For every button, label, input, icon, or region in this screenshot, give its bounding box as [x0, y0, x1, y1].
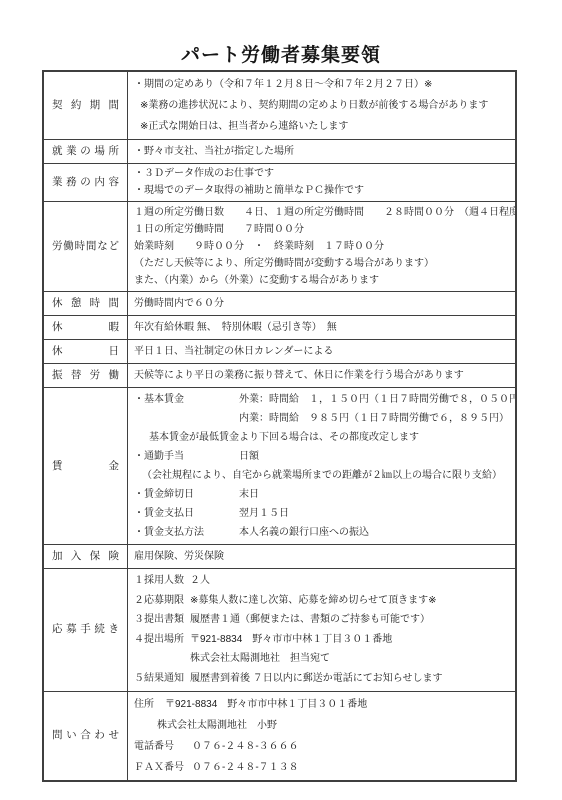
- row-label-contract-period: 契 約 期 間: [44, 72, 128, 139]
- contact-address: 〒921-8834 野々市市中林１丁目３０１番地: [165, 694, 367, 715]
- text-line: ４提出場所 〒921-8834 野々市市中林１丁目３０１番地: [134, 630, 511, 650]
- recruitment-table: 契 約 期 間 ・期間の定めあり（令和７年１２月８日～令和７年２月２７日）※ ※…: [42, 70, 517, 782]
- step-label: ４提出場所: [134, 630, 190, 650]
- step-label: [134, 649, 190, 669]
- row-label-working-hours: 労働時間など: [44, 202, 128, 291]
- text-line: ・賃金支払方法 本人名義の銀行口座への振込: [134, 523, 511, 542]
- text-line: ・３Ｄデータ作成のお仕事です: [134, 166, 511, 183]
- row-content: １週の所定労働日数 ４日、１週の所定労働時間 ２８時間００分 （週４日程度） １…: [128, 202, 515, 291]
- row-label-text: 契 約 期 間: [52, 99, 119, 112]
- text-line: ２応募期限 ※募集人数に達し次第、応募を締め切らせて頂きます※: [134, 591, 511, 611]
- text-line: 基本賃金が最低賃金より下回る場合は、その都度改定します: [134, 428, 511, 447]
- page-title: パート労働者募集要領: [0, 40, 562, 67]
- wage-item-label: ・基本賃金: [134, 390, 239, 409]
- row-label-text: 賃 金: [52, 460, 119, 473]
- text-line: 天候等により平日の業務に振り替えて、休日に作業を行う場合があります: [134, 366, 511, 385]
- text-line: また、（内業）から（外業）に変動する場合があります: [134, 272, 511, 289]
- text-line: ※業務の進捗状況により、契約期間の定めより日数が前後する場合があります: [134, 95, 511, 116]
- wage-item-label: [134, 409, 239, 428]
- text-line: １週の所定労働日数 ４日、１週の所定労働時間 ２８時間００分 （週４日程度）: [134, 204, 511, 221]
- row-content: 平日１日、当社制定の休日カレンダーによる: [128, 340, 515, 363]
- contact-field-label: ＦＡＸ番号: [134, 757, 192, 778]
- text-line: ＦＡＸ番号 ０７６-２４８-７１３８: [134, 757, 511, 778]
- row-label-text: 休 暇: [52, 321, 119, 334]
- row-content: ・野々市支社、当社が指定した場所: [128, 140, 515, 163]
- text-line: 内業：時間給 ９８５円（１日７時間労働で６，８９５円）: [134, 409, 511, 428]
- wage-item-value: 外業：時間給 １，１５０円（１日７時間労働で８，０５０円）: [239, 390, 515, 409]
- row-leave: 休 暇 年次有給休暇 無、 特別休暇（忌引き等） 無: [44, 316, 515, 340]
- row-content: 天候等により平日の業務に振り替えて、休日に作業を行う場合があります: [128, 364, 515, 387]
- row-insurance: 加 入 保 険 雇用保険、労災保険: [44, 545, 515, 569]
- row-label-text: 就 業 の 場 所: [52, 145, 119, 158]
- text-line: 始業時刻 ９時００分 ・ 終業時刻 １７時００分: [134, 238, 511, 255]
- text-line: ５結果通知 履歴書到着後 ７日以内に郵送か電話にてお知らせします: [134, 669, 511, 689]
- row-label-application-procedure: 応 募 手 続 き: [44, 569, 128, 691]
- step-value: ※募集人数に達し次第、応募を締め切らせて頂きます※: [190, 591, 436, 611]
- row-label-work-location: 就 業 の 場 所: [44, 140, 128, 163]
- text-line: 平日１日、当社制定の休日カレンダーによる: [134, 342, 511, 361]
- row-content: ・基本賃金 外業：時間給 １，１５０円（１日７時間労働で８，０５０円） 内業：時…: [128, 388, 515, 544]
- wage-item-value: 内業：時間給 ９８５円（１日７時間労働で６，８９５円）: [239, 409, 509, 428]
- row-label-text: 応 募 手 続 き: [52, 623, 119, 636]
- row-label-substitute-work: 振 替 労 働: [44, 364, 128, 387]
- row-application-procedure: 応 募 手 続 き １採用人数 ２人 ２応募期限 ※募集人数に達し次第、応募を締…: [44, 569, 515, 692]
- row-label-leave: 休 暇: [44, 316, 128, 339]
- row-label-text: 休 憩 時 間: [52, 297, 119, 310]
- text-line: １採用人数 ２人: [134, 571, 511, 591]
- text-line: ・賃金支払日 翌月１５日: [134, 504, 511, 523]
- row-break-time: 休 憩 時 間 労働時間内で６０分: [44, 292, 515, 316]
- text-line: ・野々市支社、当社が指定した場所: [134, 142, 511, 161]
- contact-fax-number: ０７６-２４８-７１３８: [192, 757, 299, 778]
- row-contract-period: 契 約 期 間 ・期間の定めあり（令和７年１２月８日～令和７年２月２７日）※ ※…: [44, 72, 515, 140]
- row-holidays: 休 日 平日１日、当社制定の休日カレンダーによる: [44, 340, 515, 364]
- row-label-job-description: 業 務 の 内 容: [44, 164, 128, 201]
- contact-phone-number: ０７６-２４８-３６６６: [192, 736, 299, 757]
- text-line: ※正式な開始日は、担当者から連絡いたします: [134, 116, 511, 137]
- text-line: （会社規程により、自宅から就業場所までの距離が２㎞以上の場合に限り支給）: [134, 466, 511, 485]
- text-line: ・基本賃金 外業：時間給 １，１５０円（１日７時間労働で８，０５０円）: [134, 390, 511, 409]
- step-value: 履歴書１通（郵便または、書類のご持参も可能です）: [190, 610, 430, 630]
- row-work-location: 就 業 の 場 所 ・野々市支社、当社が指定した場所: [44, 140, 515, 164]
- row-content: 年次有給休暇 無、 特別休暇（忌引き等） 無: [128, 316, 515, 339]
- text-line: 雇用保険、労災保険: [134, 547, 511, 566]
- text-line: 労働時間内で６０分: [134, 294, 511, 313]
- row-label-text: 労働時間など: [52, 240, 119, 253]
- wage-item-value: 翌月１５日: [239, 504, 289, 523]
- document-page: パート労働者募集要領 契 約 期 間 ・期間の定めあり（令和７年１２月８日～令和…: [0, 0, 562, 800]
- text-line: １日の所定労働時間 ７時間００分: [134, 221, 511, 238]
- step-label: ５結果通知: [134, 669, 190, 689]
- text-line: 電話番号 ０７６-２４８-３６６６: [134, 736, 511, 757]
- text-line: ・通勤手当 日額: [134, 447, 511, 466]
- row-content: 住所 〒921-8834 野々市市中林１丁目３０１番地 株式会社太陽測地社 小野…: [128, 692, 515, 780]
- wage-item-label: ・賃金締切日: [134, 485, 239, 504]
- step-label: １採用人数: [134, 571, 190, 591]
- step-value: ２人: [190, 571, 210, 591]
- row-content: ・期間の定めあり（令和７年１２月８日～令和７年２月２７日）※ ※業務の進捗状況に…: [128, 72, 515, 139]
- step-value: 〒921-8834 野々市市中林１丁目３０１番地: [190, 630, 392, 650]
- wage-item-value: 日額: [239, 447, 259, 466]
- row-label-text: 休 日: [52, 345, 119, 358]
- row-label-break-time: 休 憩 時 間: [44, 292, 128, 315]
- step-label: ３提出書類: [134, 610, 190, 630]
- row-label-text: 振 替 労 働: [52, 369, 119, 382]
- row-content: １採用人数 ２人 ２応募期限 ※募集人数に達し次第、応募を締め切らせて頂きます※…: [128, 569, 515, 691]
- wage-item-value: 末日: [239, 485, 259, 504]
- text-line: 株式会社太陽測地社 担当宛て: [134, 649, 511, 669]
- step-label: ２応募期限: [134, 591, 190, 611]
- step-value: 株式会社太陽測地社 担当宛て: [190, 649, 330, 669]
- row-job-description: 業 務 の 内 容 ・３Ｄデータ作成のお仕事です ・現場でのデータ取得の補助と簡…: [44, 164, 515, 202]
- row-label-contact: 問 い 合 わ せ: [44, 692, 128, 780]
- step-value: 履歴書到着後 ７日以内に郵送か電話にてお知らせします: [190, 669, 442, 689]
- row-label-wages: 賃 金: [44, 388, 128, 544]
- text-line: （ただし天候等により、所定労働時間が変動する場合があります）: [134, 255, 511, 272]
- row-content: 労働時間内で６０分: [128, 292, 515, 315]
- contact-field-label: 電話番号: [134, 736, 192, 757]
- text-line: ３提出書類 履歴書１通（郵便または、書類のご持参も可能です）: [134, 610, 511, 630]
- contact-company: 株式会社太陽測地社 小野: [157, 715, 277, 736]
- row-content: 雇用保険、労災保険: [128, 545, 515, 568]
- row-label-holidays: 休 日: [44, 340, 128, 363]
- text-line: ・現場でのデータ取得の補助と簡単なＰＣ操作です: [134, 183, 511, 200]
- row-label-text: 業 務 の 内 容: [52, 176, 119, 189]
- row-label-insurance: 加 入 保 険: [44, 545, 128, 568]
- row-substitute-work: 振 替 労 働 天候等により平日の業務に振り替えて、休日に作業を行う場合がありま…: [44, 364, 515, 388]
- contact-field-label: 住所: [134, 694, 165, 715]
- wage-item-value: 本人名義の銀行口座への振込: [239, 523, 369, 542]
- text-line: 株式会社太陽測地社 小野: [134, 715, 511, 736]
- wage-item-label: ・賃金支払日: [134, 504, 239, 523]
- wage-item-label: ・賃金支払方法: [134, 523, 239, 542]
- wage-item-label: ・通勤手当: [134, 447, 239, 466]
- row-contact: 問 い 合 わ せ 住所 〒921-8834 野々市市中林１丁目３０１番地 株式…: [44, 692, 515, 780]
- contact-field-label: [134, 715, 157, 736]
- row-label-text: 加 入 保 険: [52, 550, 119, 563]
- text-line: 年次有給休暇 無、 特別休暇（忌引き等） 無: [134, 318, 511, 337]
- row-working-hours: 労働時間など １週の所定労働日数 ４日、１週の所定労働時間 ２８時間００分 （週…: [44, 202, 515, 292]
- text-line: 住所 〒921-8834 野々市市中林１丁目３０１番地: [134, 694, 511, 715]
- text-line: ・賃金締切日 末日: [134, 485, 511, 504]
- row-content: ・３Ｄデータ作成のお仕事です ・現場でのデータ取得の補助と簡単なＰＣ操作です: [128, 164, 515, 201]
- row-label-text: 問 い 合 わ せ: [52, 729, 119, 742]
- row-wages: 賃 金 ・基本賃金 外業：時間給 １，１５０円（１日７時間労働で８，０５０円） …: [44, 388, 515, 545]
- text-line: ・期間の定めあり（令和７年１２月８日～令和７年２月２７日）※: [134, 74, 511, 95]
